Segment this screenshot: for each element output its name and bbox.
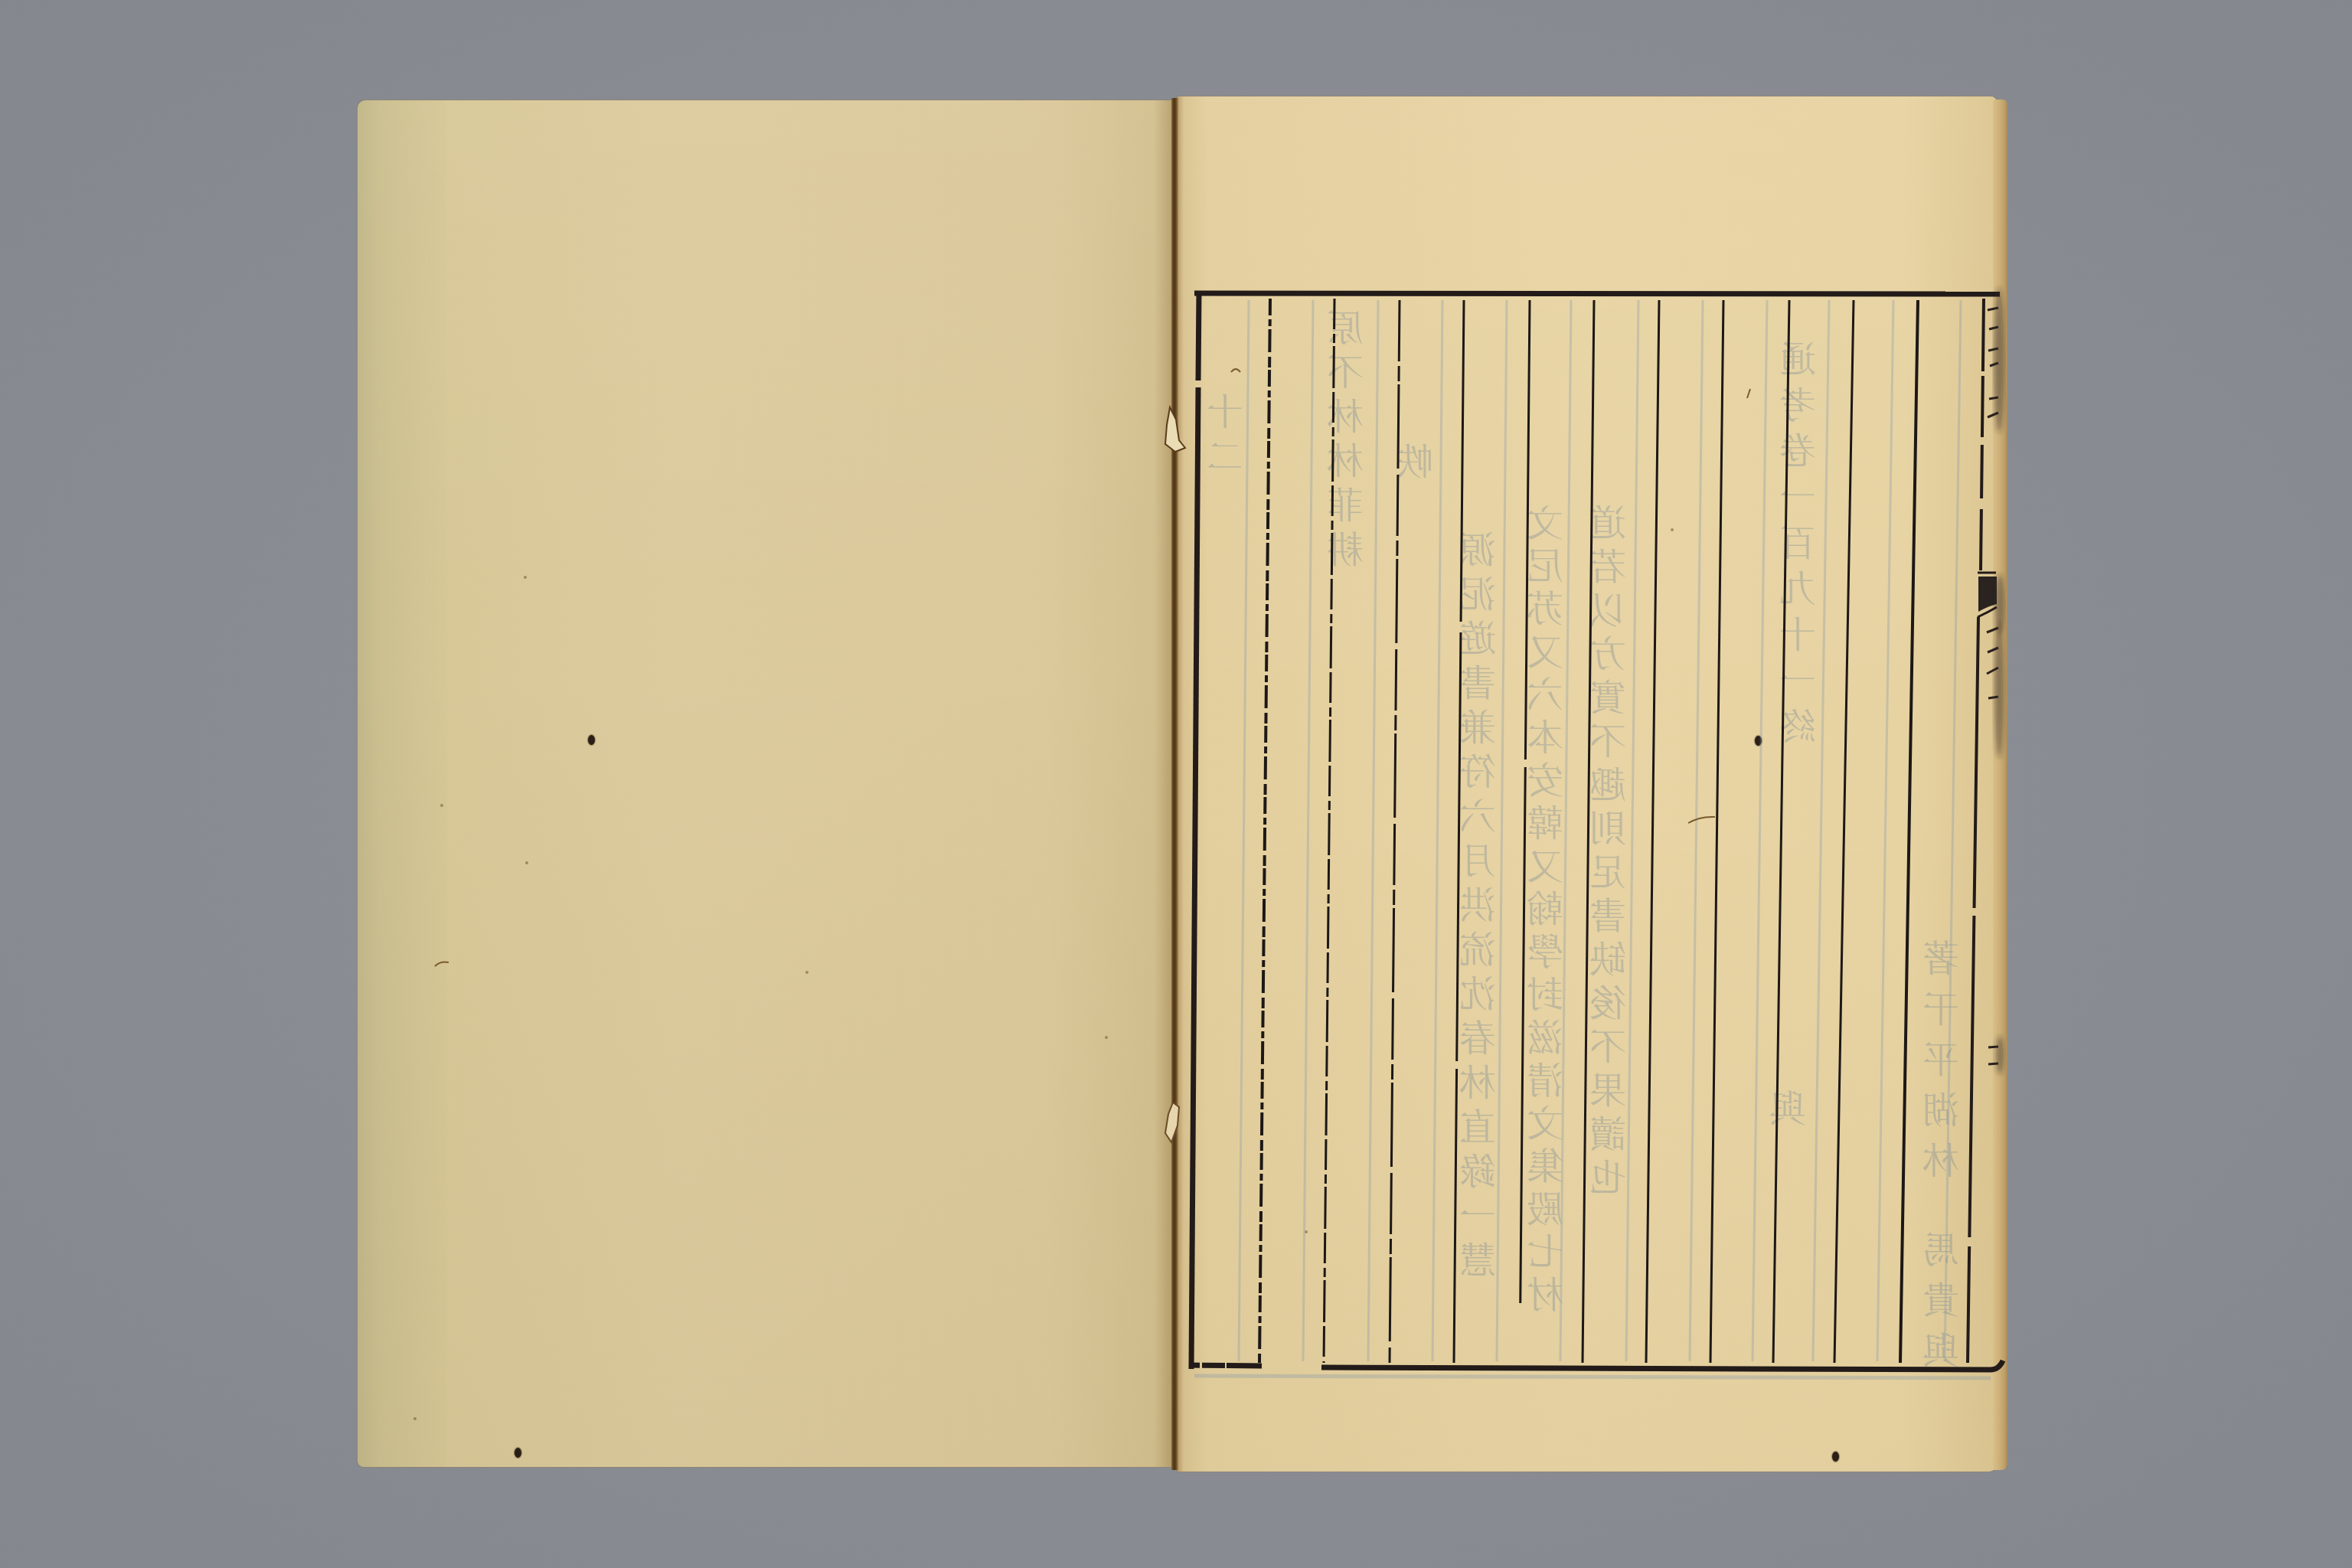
paper-speck (413, 1417, 416, 1420)
book-photo-scene: 十二 原不林林菲耕 帙 源泥遊書兼符六月洪流沈春林直錄一慧 文尼苏又六本安韓又翰… (0, 0, 2352, 1568)
wormhole (1832, 1452, 1839, 1462)
wormhole (588, 735, 595, 745)
paper-speck (1305, 1230, 1308, 1233)
right-page (1178, 96, 1997, 1472)
show-through-column: 與 (1769, 1087, 1807, 1132)
show-through-column: 帙 (1396, 440, 1434, 485)
show-through-column: 馬貴與 (1922, 1225, 1960, 1377)
paper-speck (1105, 1036, 1108, 1039)
paper-speck (525, 861, 528, 864)
wormhole (1755, 736, 1762, 746)
fore-edge (1993, 100, 2007, 1470)
show-through-column: 十二 (1206, 390, 1244, 479)
paper-speck (524, 576, 527, 579)
wormhole (514, 1448, 521, 1458)
paper-speck (805, 971, 808, 974)
gutter-fold (1171, 98, 1178, 1470)
paper-speck (1671, 528, 1674, 531)
show-through-column: 源泥遊書兼符六月洪流沈春林直錄一慧 (1459, 528, 1497, 1283)
paper-speck (440, 804, 443, 807)
show-through-column: 著干平湖林 (1922, 934, 1960, 1187)
left-page (358, 100, 1174, 1467)
show-through-column: 文尼苏又六本安韓又翰學封滋清文集殿七材 (1526, 502, 1564, 1317)
show-through-column: 道若以方實不趣則足書缺後不果讀也 (1589, 502, 1627, 1200)
show-through-column: 原不林林菲耕 (1326, 306, 1364, 573)
show-through-column: 通考卷一百九十一終 (1779, 337, 1817, 750)
left-page-edge-discoloration (358, 100, 446, 1467)
